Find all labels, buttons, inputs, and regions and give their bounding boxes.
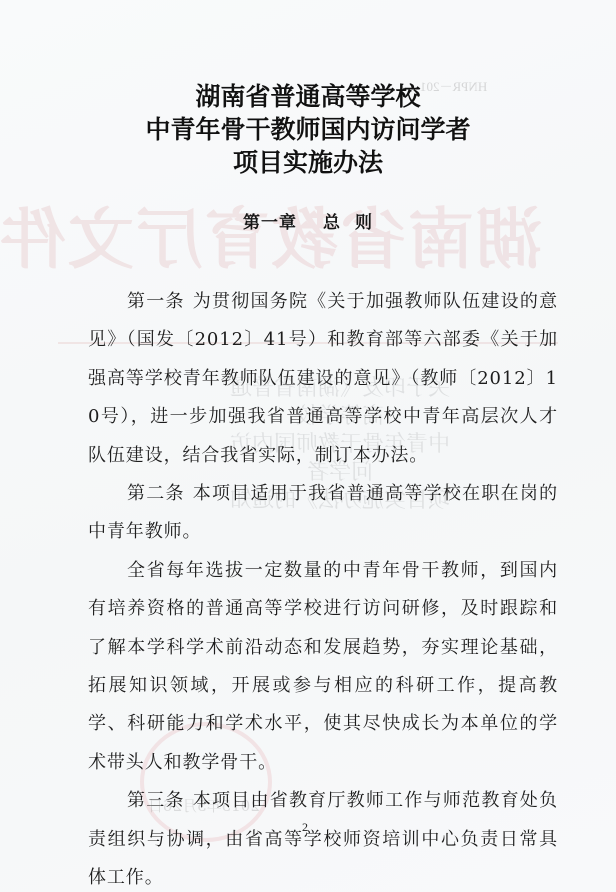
article-label: 第二条: [127, 483, 185, 504]
article-2-continuation: 全省每年选拔一定数量的中青年骨干教师，到国内有培养资格的普通高等学校进行访问研修…: [88, 552, 558, 782]
chapter-heading: 第一章总则: [0, 208, 616, 233]
chapter-name-part-1: 总: [323, 213, 341, 233]
chapter-number: 第一章: [243, 213, 297, 233]
document-body: 第一条为贯彻国务院《关于加强教师队伍建设的意见》（国发〔2012〕41号）和教育…: [88, 283, 558, 892]
chapter-name-part-2: 则: [355, 213, 373, 233]
title-line-3: 项目实施办法: [0, 146, 616, 179]
page-number: 2: [302, 820, 308, 835]
article-label: 第一条: [127, 291, 185, 312]
title-line-1: 湖南省普通高等学校: [0, 80, 616, 113]
article-label: 第三条: [127, 790, 185, 811]
article-text: 为贯彻国务院《关于加强教师队伍建设的意见》（国发〔2012〕41号）和教育部等六…: [88, 291, 558, 466]
paragraph-text: 全省每年选拔一定数量的中青年骨干教师，到国内有培养资格的普通高等学校进行访问研修…: [88, 560, 558, 773]
article-3: 第三条本项目由省教育厅教师工作与师范教育处负责组织与协调，由省高等学校师资培训中…: [88, 782, 558, 892]
title-line-2: 中青年骨干教师国内访问学者: [0, 113, 616, 146]
article-1: 第一条为贯彻国务院《关于加强教师队伍建设的意见》（国发〔2012〕41号）和教育…: [88, 283, 558, 475]
document-page: HNPR－201 湖南省教育厅文件 关于印发《湖南省普通高等学校中青年骨干教师国…: [0, 0, 616, 892]
document-title: 湖南省普通高等学校 中青年骨干教师国内访问学者 项目实施办法: [0, 80, 616, 179]
article-2: 第二条本项目适用于我省普通高等学校在职在岗的中青年教师。: [88, 475, 558, 552]
